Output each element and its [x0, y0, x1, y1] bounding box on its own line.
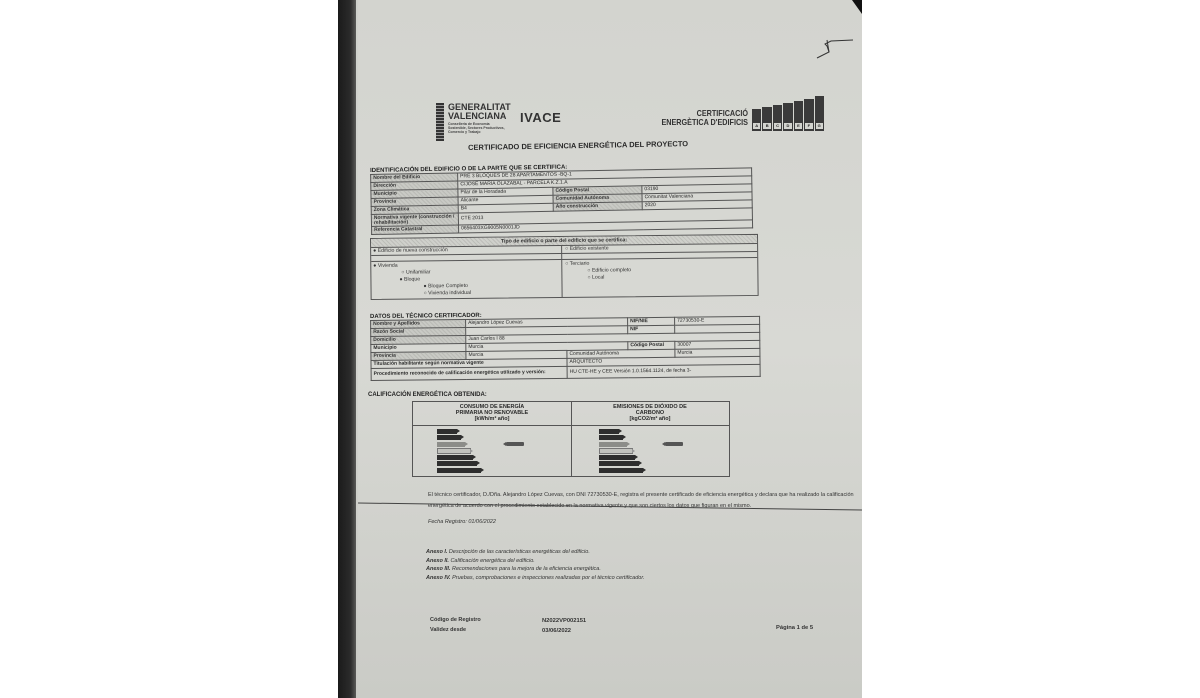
- co2-rating-marker: [665, 442, 683, 446]
- rating-bar-b: [599, 435, 623, 440]
- handwritten-page-number: [813, 38, 855, 60]
- issuer-department: Conselleria de Economía Sostenible, Sect…: [448, 122, 508, 134]
- rating-bar-a: [599, 429, 619, 434]
- ivace-logo: IVACE: [520, 110, 561, 125]
- registry-code-value: N2022VP002151: [542, 616, 586, 626]
- option-tertiary: ○ Terciario: [565, 261, 589, 267]
- energy-consumption-header: CONSUMO DE ENERGÍA PRIMARIA NO RENOVABLE…: [413, 404, 571, 422]
- rating-bar-b: [437, 435, 461, 440]
- paper-sheet: GENERALITAT VALENCIANA Conselleria de Ec…: [358, 0, 862, 698]
- rating-bar-g: [599, 468, 643, 473]
- rating-box: CONSUMO DE ENERGÍA PRIMARIA NO RENOVABLE…: [412, 401, 730, 477]
- document-title: CERTIFICADO DE EFICIENCIA ENERGÉTICA DEL…: [468, 139, 688, 152]
- cert-logo-bar: B: [762, 107, 771, 131]
- rating-bar-c: [599, 442, 627, 447]
- registry-code-label: Código de Registro: [430, 615, 481, 625]
- tech-procedure-value: HU CTE-HE y CEE Versión 1.0.1564.1124, d…: [567, 364, 760, 378]
- issuer-name: GENERALITAT VALENCIANA: [448, 103, 511, 121]
- option-block: ● Bloque: [399, 276, 420, 282]
- option-residential: ● Vivienda: [373, 263, 397, 269]
- co2-emissions-header: EMISIONES DE DIÓXIDO DE CARBONO [kgCO2/m…: [571, 404, 729, 422]
- cert-logo-bar: F: [804, 99, 813, 131]
- identification-table: Nombre del Edificio PRE 3 BLOQUES DE 28 …: [370, 167, 753, 235]
- registration-date: Fecha Registro: 01/06/2022: [428, 519, 496, 525]
- tech-procedure-label: Procedimiento reconocido de calificación…: [371, 366, 567, 380]
- rating-bar-g: [437, 468, 481, 473]
- generalitat-crest-icon: [436, 103, 444, 141]
- energy-rating-scale: [437, 429, 481, 474]
- page-indicator: Página 1 de 5: [776, 623, 813, 633]
- annex-item: Anexo I. Descripción de las característi…: [426, 548, 645, 557]
- rating-bar-a: [437, 429, 457, 434]
- document-photo: GENERALITAT VALENCIANA Conselleria de Ec…: [338, 0, 862, 698]
- rating-bar-d: [599, 448, 633, 454]
- identification-section: IDENTIFICACIÓN DEL EDIFICIO O DE LA PART…: [370, 161, 752, 174]
- technician-section: DATOS DEL TÉCNICO CERTIFICADOR: Nombre y…: [370, 310, 760, 320]
- certificate-page: GENERALITAT VALENCIANA Conselleria de Ec…: [358, 0, 862, 698]
- technician-table: Nombre y Apellidos Alejandro López Cueva…: [370, 316, 761, 381]
- cadastral-label: Referencia Catastral: [372, 225, 459, 235]
- rating-bar-f: [599, 461, 639, 466]
- rating-bar-e: [437, 455, 473, 460]
- rating-bar-e: [599, 455, 635, 460]
- option-new-building: ● Edificio de nueva construcción: [373, 247, 448, 254]
- energy-rating-marker: [506, 442, 524, 446]
- cert-logo-bar: A: [752, 109, 761, 131]
- rating-bar-c: [437, 442, 465, 447]
- annex-item: Anexo III. Recomendaciones para la mejor…: [426, 565, 645, 574]
- annex-list: Anexo I. Descripción de las característi…: [426, 548, 645, 582]
- valid-from-value: 03/06/2022: [542, 626, 571, 636]
- rating-title: CALIFICACIÓN ENERGÉTICA OBTENIDA:: [368, 392, 487, 398]
- option-local: ○ Local: [587, 275, 604, 281]
- cert-logo-bar: E: [794, 101, 803, 131]
- option-complete-block: ● Bloque Completo: [423, 283, 467, 289]
- cert-logo-bar: G: [815, 96, 824, 131]
- option-complete-building: ○ Edificio completo: [587, 267, 631, 273]
- annex-item: Anexo IV. Pruebas, comprobaciones e insp…: [426, 574, 645, 583]
- background-edge: [338, 0, 356, 698]
- cert-logo-text: CERTIFICACIÓ ENERGÈTICA D'EDIFICIS: [655, 109, 749, 127]
- cert-logo-bar: D: [783, 103, 792, 131]
- option-individual-dwelling: ○ Vivienda individual: [424, 290, 472, 296]
- rating-bar-d: [437, 448, 471, 454]
- rating-bar-f: [437, 461, 477, 466]
- energy-label-logo-icon: ABCDEFG: [752, 95, 824, 131]
- option-single-family: ○ Unifamiliar: [401, 269, 430, 275]
- building-type-box: Tipo de edificio o parte del edificio qu…: [370, 234, 759, 300]
- co2-rating-scale: [599, 429, 643, 474]
- option-existing-building: ○ Edificio existente: [565, 246, 609, 252]
- valid-from-label: Validez desde: [430, 625, 466, 635]
- annex-item: Anexo II. Calificación energética del ed…: [426, 557, 645, 566]
- cert-logo-bar: C: [773, 105, 782, 131]
